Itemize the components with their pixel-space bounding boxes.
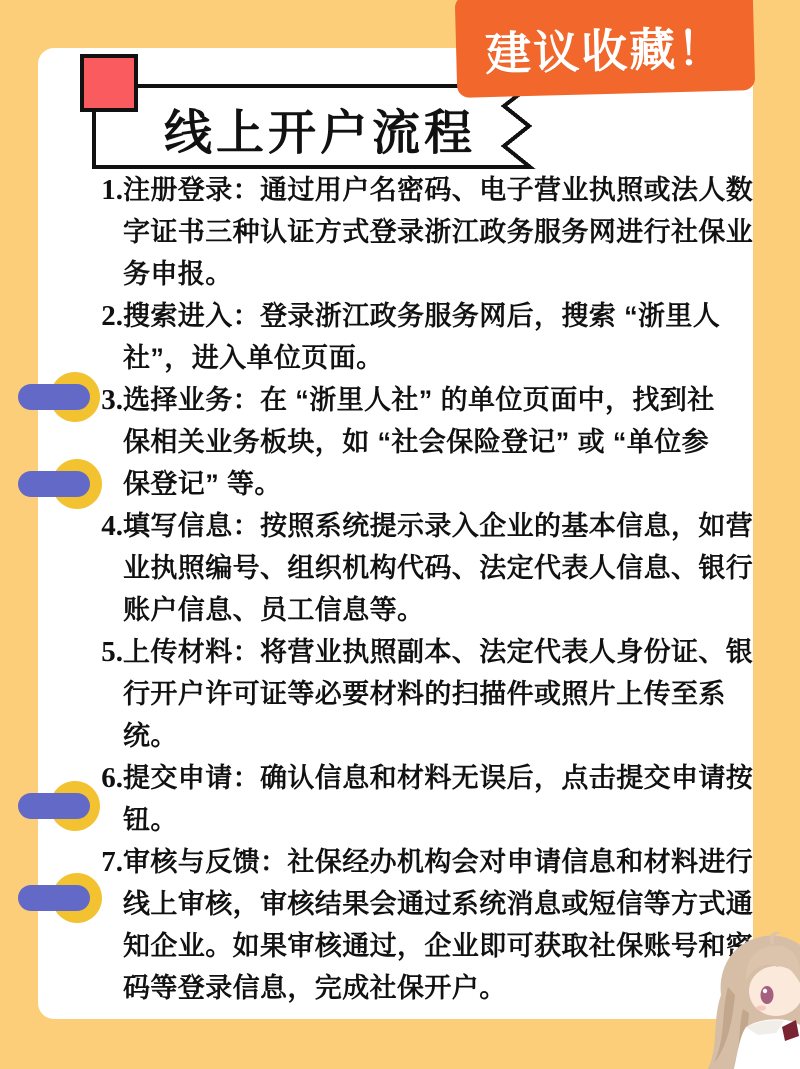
steps-list: 1. 注册登录：通过用户名密码、电子营业执照或法人数字证书三种认证方式登录浙江政… — [97, 169, 757, 1009]
step-line: 行开户许可证等必要材料的扫描件或照片上传至系 — [123, 673, 757, 715]
list-item: 3. 选择业务：在 “浙里人社” 的单位页面中，找到社保相关业务板块，如 “社会… — [97, 379, 757, 505]
decoration-pill — [18, 793, 90, 819]
save-badge: 建议收藏！ — [455, 0, 756, 98]
step-line: 社”，进入单位页面。 — [123, 337, 757, 379]
step-number: 4. — [97, 505, 123, 547]
step-line: 选择业务：在 “浙里人社” 的单位页面中，找到社 — [123, 379, 757, 421]
step-line: 填写信息：按照系统提示录入企业的基本信息，如营 — [123, 505, 757, 547]
step-number: 2. — [97, 295, 123, 337]
save-badge-label: 建议收藏！ — [484, 2, 726, 84]
page-title: 线上开户流程 — [130, 92, 510, 164]
step-number: 7. — [97, 841, 123, 883]
step-number: 1. — [97, 169, 123, 211]
step-line: 线上审核，审核结果会通过系统消息或短信等方式通 — [123, 883, 757, 925]
step-line: 业执照编号、组织机构代码、法定代表人信息、银行 — [123, 547, 757, 589]
mascot-eye-highlight — [763, 989, 767, 993]
step-line: 统。 — [123, 715, 757, 757]
step-line: 字证书三种认证方式登录浙江政务服务网进行社保业 — [123, 211, 757, 253]
step-line: 码等登录信息，完成社保开户。 — [123, 967, 757, 1009]
step-line: 搜索进入：登录浙江政务服务网后，搜索 “浙里人 — [123, 295, 757, 337]
step-line: 务申报。 — [123, 253, 757, 295]
step-number: 6. — [97, 757, 123, 799]
list-item: 7. 审核与反馈：社保经办机构会对申请信息和材料进行线上审核，审核结果会通过系统… — [97, 841, 757, 1009]
step-number: 3. — [97, 379, 123, 421]
step-lines: 注册登录：通过用户名密码、电子营业执照或法人数字证书三种认证方式登录浙江政务服务… — [123, 169, 757, 295]
list-item: 6. 提交申请：确认信息和材料无误后，点击提交申请按钮。 — [97, 757, 757, 841]
mascot-eye — [761, 986, 774, 1004]
step-line: 提交申请：确认信息和材料无误后，点击提交申请按 — [123, 757, 757, 799]
decoration-pill — [18, 384, 90, 410]
list-item: 1. 注册登录：通过用户名密码、电子营业执照或法人数字证书三种认证方式登录浙江政… — [97, 169, 757, 295]
decoration-pill — [18, 471, 90, 497]
anime-girl-mascot — [688, 929, 800, 1069]
step-lines: 填写信息：按照系统提示录入企业的基本信息，如营业执照编号、组织机构代码、法定代表… — [123, 505, 757, 631]
step-line: 账户信息、员工信息等。 — [123, 589, 757, 631]
mascot-blush — [756, 1005, 766, 1010]
step-line: 上传材料：将营业执照副本、法定代表人身份证、银 — [123, 631, 757, 673]
step-line: 审核与反馈：社保经办机构会对申请信息和材料进行 — [123, 841, 757, 883]
step-line: 保登记” 等。 — [123, 463, 757, 505]
decoration-pill — [18, 885, 90, 911]
step-lines: 选择业务：在 “浙里人社” 的单位页面中，找到社保相关业务板块，如 “社会保险登… — [123, 379, 757, 505]
list-item: 2. 搜索进入：登录浙江政务服务网后，搜索 “浙里人社”，进入单位页面。 — [97, 295, 757, 379]
step-line: 注册登录：通过用户名密码、电子营业执照或法人数 — [123, 169, 757, 211]
list-item: 4. 填写信息：按照系统提示录入企业的基本信息，如营业执照编号、组织机构代码、法… — [97, 505, 757, 631]
step-line: 保相关业务板块，如 “社会保险登记” 或 “单位参 — [123, 421, 757, 463]
list-item: 5. 上传材料：将营业执照副本、法定代表人身份证、银行开户许可证等必要材料的扫描… — [97, 631, 757, 757]
step-lines: 上传材料：将营业执照副本、法定代表人身份证、银行开户许可证等必要材料的扫描件或照… — [123, 631, 757, 757]
step-line: 知企业。如果审核通过，企业即可获取社保账号和密 — [123, 925, 757, 967]
step-line: 钮。 — [123, 799, 757, 841]
step-number: 5. — [97, 631, 123, 673]
poster: 线上开户流程 建议收藏！ 1. 注册登录：通过用户名密码、电子营业执照或法人数字… — [0, 0, 800, 1069]
step-lines: 提交申请：确认信息和材料无误后，点击提交申请按钮。 — [123, 757, 757, 841]
accent-square — [80, 54, 138, 112]
step-lines: 审核与反馈：社保经办机构会对申请信息和材料进行线上审核，审核结果会通过系统消息或… — [123, 841, 757, 1009]
step-lines: 搜索进入：登录浙江政务服务网后，搜索 “浙里人社”，进入单位页面。 — [123, 295, 757, 379]
